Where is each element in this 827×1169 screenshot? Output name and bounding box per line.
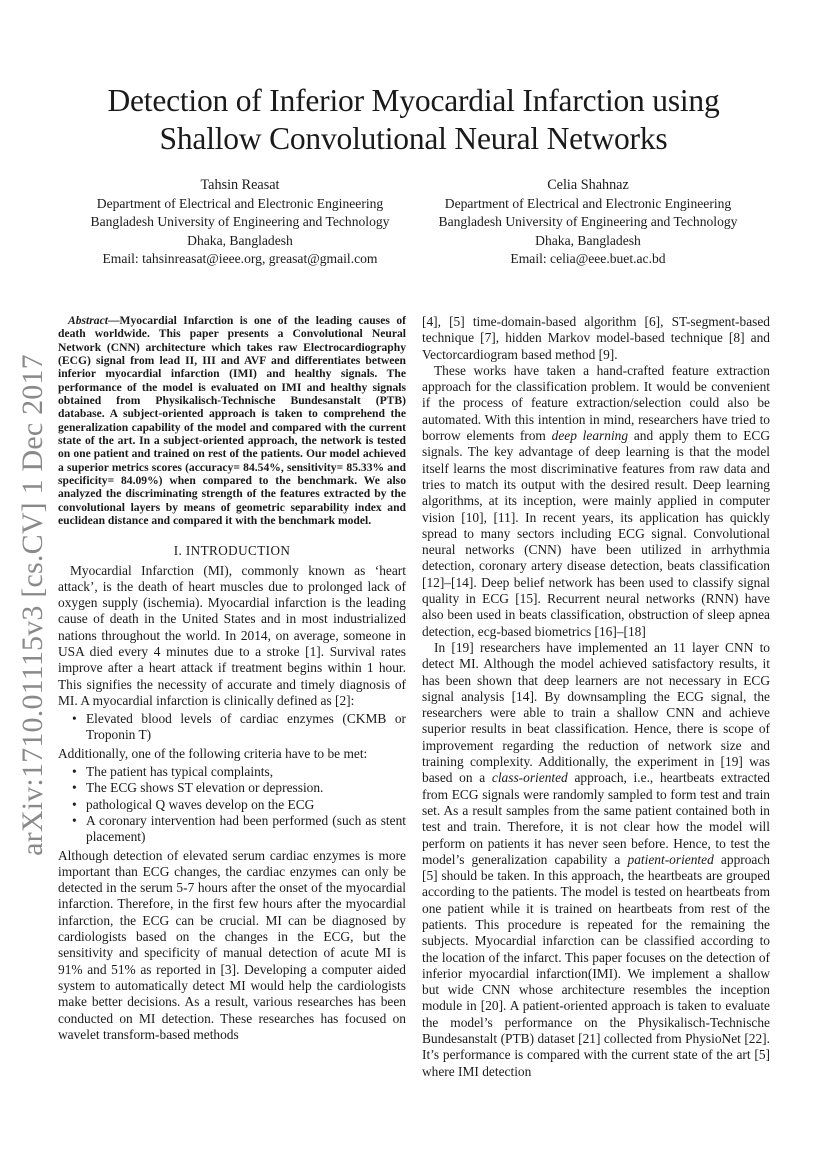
bullet-item: Elevated blood levels of cardiac enzymes… [72,711,406,744]
right-column: [4], [5] time-domain-based algorithm [6]… [422,314,770,1080]
text-run: and apply them to ECG signals. The key a… [422,428,770,639]
author-name: Celia Shahnaz [418,176,758,195]
title-line-2: Shallow Convolutional Neural Networks [160,121,668,156]
intro-paragraph-1: Myocardial Infarction (MI), commonly kno… [58,563,406,710]
author-name: Tahsin Reasat [70,176,410,195]
intro-paragraph-5: In [19] researchers have implemented an … [422,640,770,1080]
abstract-text: —Myocardial Infarction is one of the lea… [58,314,406,527]
bullet-item: The ECG shows ST elevation or depression… [72,780,406,796]
intro-paragraph-3: Although detection of elevated serum car… [58,848,406,1044]
bullet-item: A coronary intervention had been perform… [72,813,406,846]
bullet-item: pathological Q waves develop on the ECG [72,797,406,813]
author-email: Email: tahsinreasat@ieee.org, greasat@gm… [70,250,410,269]
intro-paragraph-2: Additionally, one of the following crite… [58,746,406,762]
emphasis-class-oriented: class-oriented [492,770,568,785]
author-location: Dhaka, Bangladesh [70,232,410,251]
abstract: Abstract—Myocardial Infarction is one of… [58,314,406,528]
abstract-label: Abstract [68,314,108,327]
paper-title: Detection of Inferior Myocardial Infarct… [40,82,787,158]
bullet-item: The patient has typical complaints, [72,764,406,780]
author-block-1: Tahsin Reasat Department of Electrical a… [70,176,410,269]
arxiv-stamp-text: arXiv:1710.01115v3 [cs.CV] 1 Dec 2017 [16,354,50,856]
author-university: Bangladesh University of Engineering and… [418,213,758,232]
left-column: Abstract—Myocardial Infarction is one of… [58,314,406,1043]
criteria-bullet-list: The patient has typical complaints, The … [58,764,406,845]
author-department: Department of Electrical and Electronic … [418,195,758,214]
text-run: In [19] researchers have implemented an … [422,640,770,785]
emphasis-patient-oriented: patient-oriented [628,852,714,867]
author-email: Email: celia@eee.buet.ac.bd [418,250,758,269]
author-department: Department of Electrical and Electronic … [70,195,410,214]
title-line-1: Detection of Inferior Myocardial Infarct… [107,83,719,118]
text-run: approach [5] should be taken. In this ap… [422,852,770,1079]
definition-bullet-list: Elevated blood levels of cardiac enzymes… [58,711,406,744]
intro-paragraph-3-continued: [4], [5] time-domain-based algorithm [6]… [422,314,770,363]
arxiv-identifier-stamp: arXiv:1710.01115v3 [cs.CV] 1 Dec 2017 [16,368,50,842]
author-university: Bangladesh University of Engineering and… [70,213,410,232]
author-location: Dhaka, Bangladesh [418,232,758,251]
author-block-2: Celia Shahnaz Department of Electrical a… [418,176,758,269]
section-heading-introduction: I. INTRODUCTION [58,543,406,559]
intro-paragraph-4: These works have taken a hand-crafted fe… [422,363,770,640]
emphasis-deep-learning: deep learning [552,428,628,443]
